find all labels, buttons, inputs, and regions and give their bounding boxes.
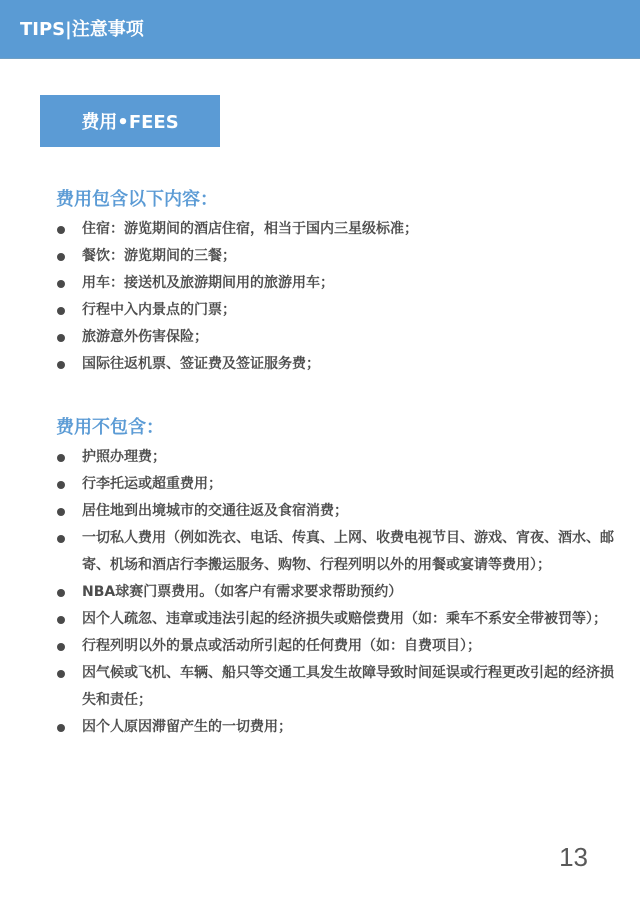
header-bar: TIPS|注意事项 [0,0,640,59]
bullet-icon [57,361,65,369]
list-item: 国际往返机票、签证费及签证服务费； [56,351,616,378]
bullet-icon [57,481,65,489]
list-item-text: NBA球赛门票费用。（如客户有需求要求帮助预约） [82,584,402,600]
list-item: 行程列明以外的景点或活动所引起的任何费用（如：自费项目）； [56,633,616,660]
list-item-text: 护照办理费； [82,449,166,465]
list-item: 旅游意外伤害保险； [56,324,616,351]
list-item-text: 国际往返机票、签证费及签证服务费； [82,356,320,372]
list-item: 居住地到出境城市的交通往返及食宿消费； [56,498,616,525]
list-item: 护照办理费； [56,444,616,471]
list-item-text: 行李托运或超重费用； [82,476,222,492]
list-item-text: 用车：接送机及旅游期间用的旅游用车； [82,275,334,291]
bullet-icon [57,724,65,732]
bullet-icon [57,508,65,516]
bullet-icon [57,589,65,597]
list-item: 一切私人费用（例如洗衣、电话、传真、上网、收费电视节目、游戏、宵夜、酒水、邮寄、… [56,525,616,579]
bullet-icon [57,226,65,234]
bullet-icon [57,454,65,462]
bullet-icon [57,334,65,342]
list-item-text: 一切私人费用（例如洗衣、电话、传真、上网、收费电视节目、游戏、宵夜、酒水、邮寄、… [82,530,614,573]
included-heading: 费用包含以下内容： [56,186,616,214]
list-item-text: 因个人原因滞留产生的一切费用； [82,719,292,735]
bullet-icon [57,535,65,543]
excluded-heading: 费用不包含： [56,414,616,442]
bullet-icon [57,643,65,651]
bullet-icon [57,616,65,624]
bullet-icon [57,307,65,315]
header-title: TIPS|注意事项 [20,15,144,41]
bullet-icon [57,280,65,288]
list-item-text: 因气候或飞机、车辆、船只等交通工具发生故障导致时间延误或行程更改引起的经济损失和… [82,665,614,708]
list-item-text: 行程列明以外的景点或活动所引起的任何费用（如：自费项目）； [82,638,481,654]
list-item: 行李托运或超重费用； [56,471,616,498]
bullet-icon [57,670,65,678]
included-list: 住宿：游览期间的酒店住宿，相当于国内三星级标准； 餐饮：游览期间的三餐； 用车：… [56,216,616,378]
list-item-text: 因个人疏忽、违章或违法引起的经济损失或赔偿费用（如：乘车不系安全带被罚等）； [82,611,607,627]
list-item: 住宿：游览期间的酒店住宿，相当于国内三星级标准； [56,216,616,243]
section-badge-fees: 费用•FEES [40,95,220,147]
list-item: 行程中入内景点的门票； [56,297,616,324]
list-item-text: 行程中入内景点的门票； [82,302,236,318]
list-item-text: 住宿：游览期间的酒店住宿，相当于国内三星级标准； [82,221,418,237]
list-item: 用车：接送机及旅游期间用的旅游用车； [56,270,616,297]
list-item-text: 旅游意外伤害保险； [82,329,208,345]
list-item-text: 餐饮：游览期间的三餐； [82,248,236,264]
excluded-list: 护照办理费； 行李托运或超重费用； 居住地到出境城市的交通往返及食宿消费； 一切… [56,444,616,741]
page-number: 13 [559,842,588,873]
section-badge-label: 费用•FEES [81,108,178,134]
list-item: 因个人疏忽、违章或违法引起的经济损失或赔偿费用（如：乘车不系安全带被罚等）； [56,606,616,633]
list-item: 餐饮：游览期间的三餐； [56,243,616,270]
list-item: NBA球赛门票费用。（如客户有需求要求帮助预约） [56,579,616,606]
list-item-text: 居住地到出境城市的交通往返及食宿消费； [82,503,348,519]
bullet-icon [57,253,65,261]
fees-content: 费用包含以下内容： 住宿：游览期间的酒店住宿，相当于国内三星级标准； 餐饮：游览… [56,186,616,741]
list-item: 因个人原因滞留产生的一切费用； [56,714,616,741]
list-item: 因气候或飞机、车辆、船只等交通工具发生故障导致时间延误或行程更改引起的经济损失和… [56,660,616,714]
